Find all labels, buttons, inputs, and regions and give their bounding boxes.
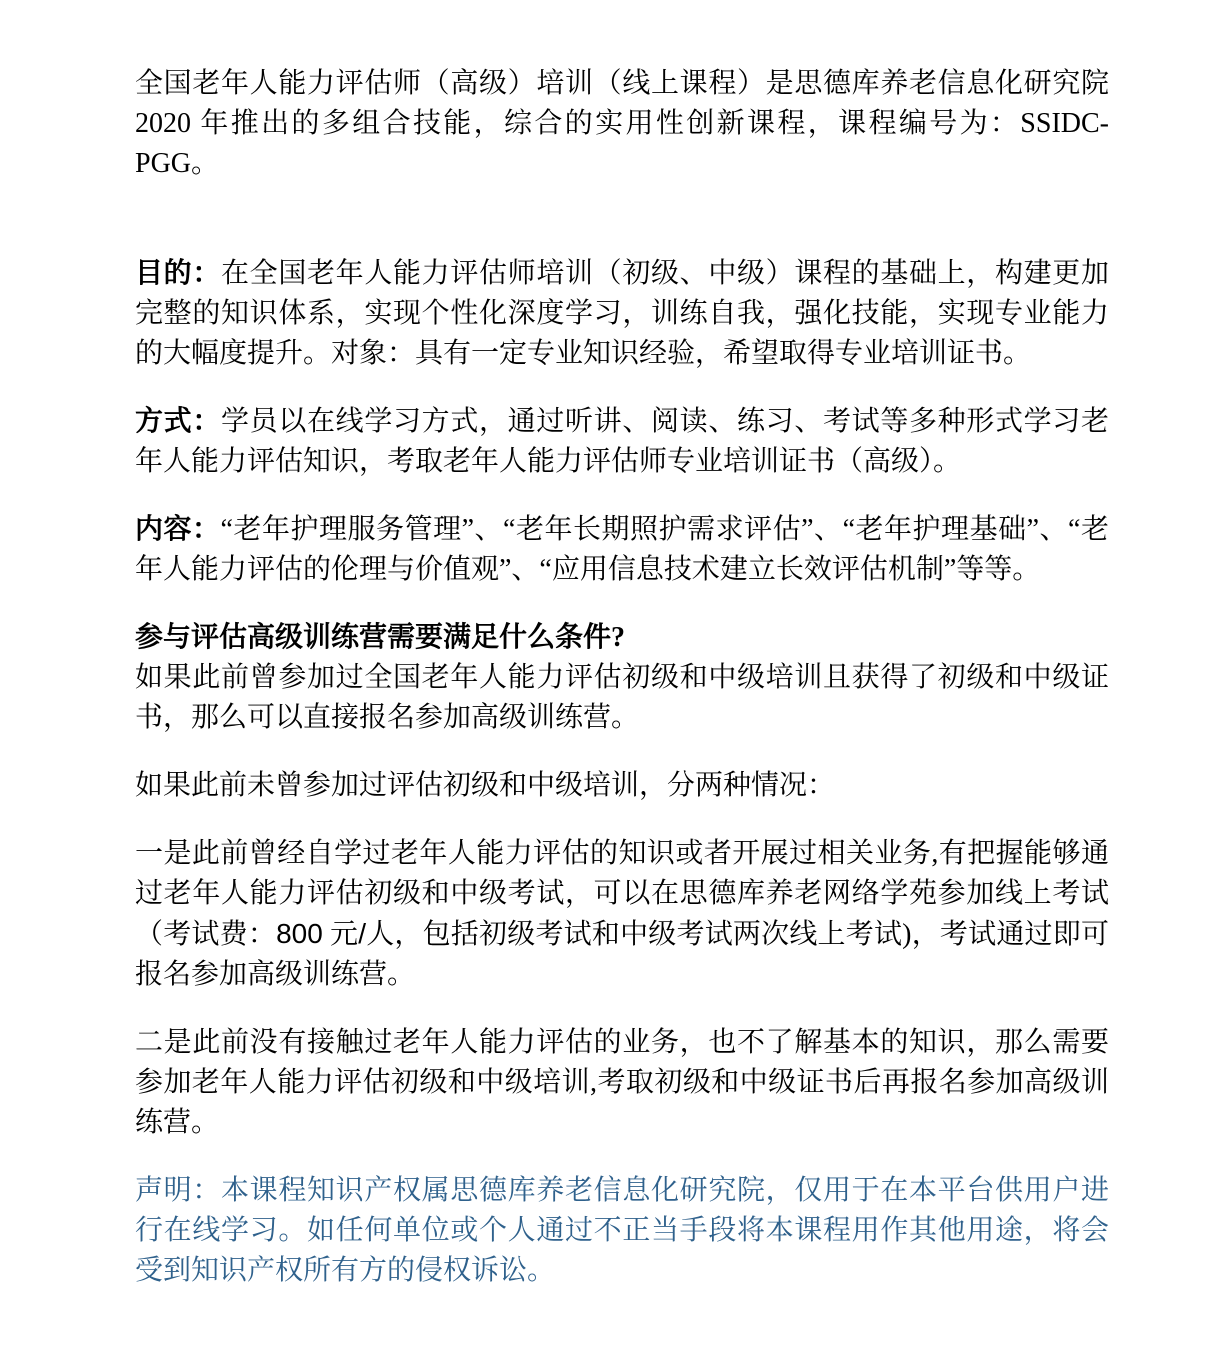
paragraph-text: 声明：本课程知识产权属思德库养老信息化研究院，仅用于在本平台供用户进行在线学习。… (135, 1175, 1109, 1286)
copyright-notice: 声明：本课程知识产权属思德库养老信息化研究院，仅用于在本平台供用户进行在线学习。… (135, 1171, 1109, 1291)
document-page: 全国老年人能力评估师（高级）培训（线上课程）是思德库养老信息化研究院 2020 … (0, 0, 1221, 1359)
purpose-paragraph: 目的：在全国老年人能力评估师培训（初级、中级）课程的基础上，构建更加完整的知识体… (135, 254, 1109, 374)
paragraph-label: 内容： (135, 514, 221, 545)
case-one-paragraph: 一是此前曾经自学过老年人能力评估的知识或者开展过相关业务,有把握能够通过老年人能… (135, 834, 1109, 995)
requirement-with-certs-paragraph: 如果此前曾参加过全国老年人能力评估初级和中级培训且获得了初级和中级证书，那么可以… (135, 658, 1109, 738)
requirements-heading: 参与评估高级训练营需要满足什么条件? (135, 618, 1109, 658)
case-two-paragraph: 二是此前没有接触过老年人能力评估的业务，也不了解基本的知识，那么需要参加老年人能… (135, 1023, 1109, 1143)
content-paragraph: 内容：“老年护理服务管理”、“老年长期照护需求评估”、“老年护理基础”、“老年人… (135, 510, 1109, 590)
paragraph-text: 元 (323, 919, 358, 950)
paragraph-text: 如果此前未曾参加过评估初级和中级培训，分两种情况： (135, 770, 835, 801)
paragraph-text: 二是此前没有接触过老年人能力评估的业务，也不了解基本的知识，那么需要参加老年人能… (135, 1027, 1109, 1138)
paragraph-text: 如果此前曾参加过全国老年人能力评估初级和中级培训且获得了初级和中级证书，那么可以… (135, 662, 1109, 733)
intro-paragraph: 全国老年人能力评估师（高级）培训（线上课程）是思德库养老信息化研究院 2020 … (135, 64, 1109, 184)
paragraph-text: 学员以在线学习方式，通过听讲、阅读、练习、考试等多种形式学习老年人能力评估知识，… (135, 406, 1109, 477)
requirement-no-training-paragraph: 如果此前未曾参加过评估初级和中级培训，分两种情况： (135, 766, 1109, 806)
paragraph-text: 全国老年人能力评估师（高级）培训（线上课程）是思德库养老信息化研究院 2020 … (135, 68, 1109, 179)
paragraph-label: 方式： (135, 406, 221, 437)
paragraph-text: 在全国老年人能力评估师培训（初级、中级）课程的基础上，构建更加完整的知识体系，实… (135, 258, 1109, 369)
paragraph-text: / (358, 918, 366, 949)
paragraph-label: 目的： (135, 258, 221, 289)
paragraph-text: “老年护理服务管理”、“老年长期照护需求评估”、“老年护理基础”、“老年人能力评… (135, 514, 1109, 585)
document-body: 全国老年人能力评估师（高级）培训（线上课程）是思德库养老信息化研究院 2020 … (135, 64, 1109, 1291)
method-paragraph: 方式：学员以在线学习方式，通过听讲、阅读、练习、考试等多种形式学习老年人能力评估… (135, 402, 1109, 482)
paragraph-label: 参与评估高级训练营需要满足什么条件? (135, 622, 625, 653)
paragraph-text: 800 (276, 918, 323, 949)
